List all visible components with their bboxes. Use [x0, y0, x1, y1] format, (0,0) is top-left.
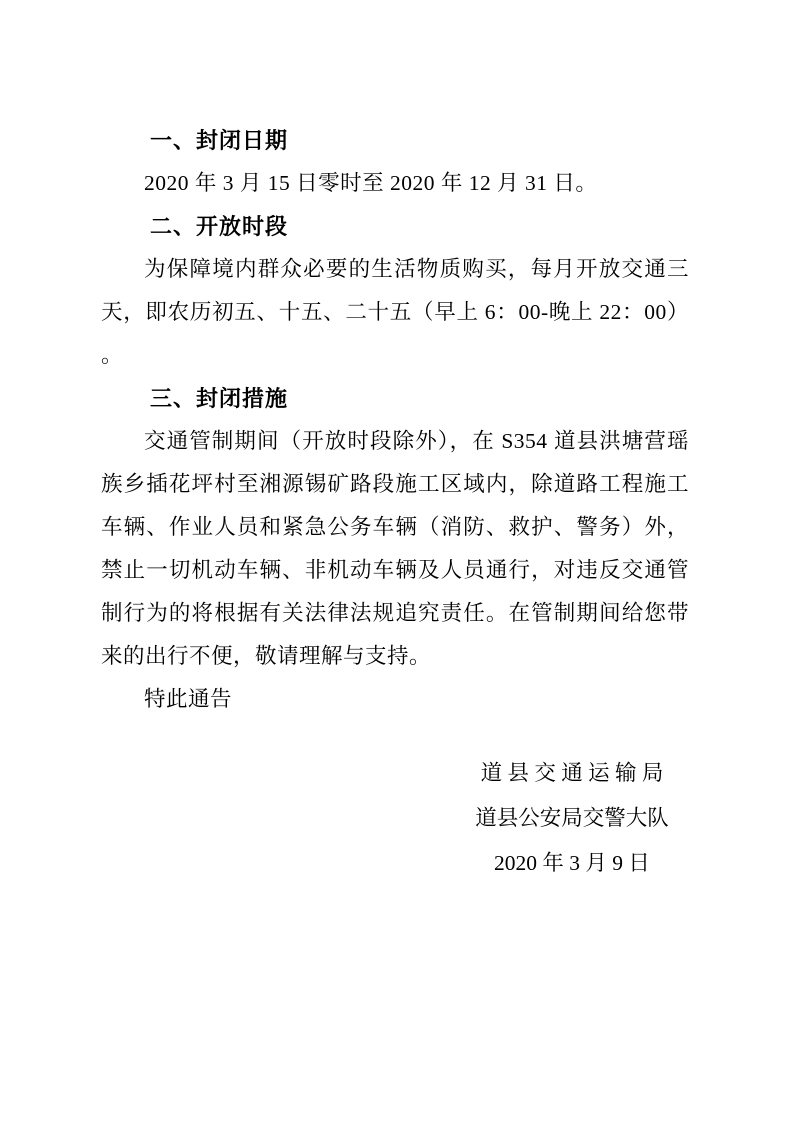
section-2-heading: 二、开放时段: [101, 205, 689, 248]
signature-agency-transport-bureau: 道 县 交 通 运 输 局: [422, 751, 722, 796]
signature-agency-traffic-police: 道县公安局交警大队: [422, 796, 722, 841]
section-1-paragraph: 2020 年 3 月 15 日零时至 2020 年 12 月 31 日。: [101, 162, 689, 205]
signature-block: 道 县 交 通 运 输 局 道县公安局交警大队 2020 年 3 月 9 日: [422, 751, 722, 886]
section-3-heading: 三、封闭措施: [101, 377, 689, 420]
section-2-paragraph: 为保障境内群众必要的生活物质购买，每月开放交通三天，即农历初五、十五、二十五（早…: [101, 248, 689, 377]
section-3-paragraph: 交通管制期间（开放时段除外），在 S354 道县洪塘营瑶族乡插花坪村至湘源锡矿路…: [101, 420, 689, 678]
closing-statement: 特此通告: [101, 678, 689, 721]
section-1-heading: 一、封闭日期: [101, 119, 689, 162]
signature-date: 2020 年 3 月 9 日: [422, 841, 722, 886]
notice-document-page: 一、封闭日期 2020 年 3 月 15 日零时至 2020 年 12 月 31…: [0, 0, 793, 1122]
document-body: 一、封闭日期 2020 年 3 月 15 日零时至 2020 年 12 月 31…: [101, 119, 689, 721]
